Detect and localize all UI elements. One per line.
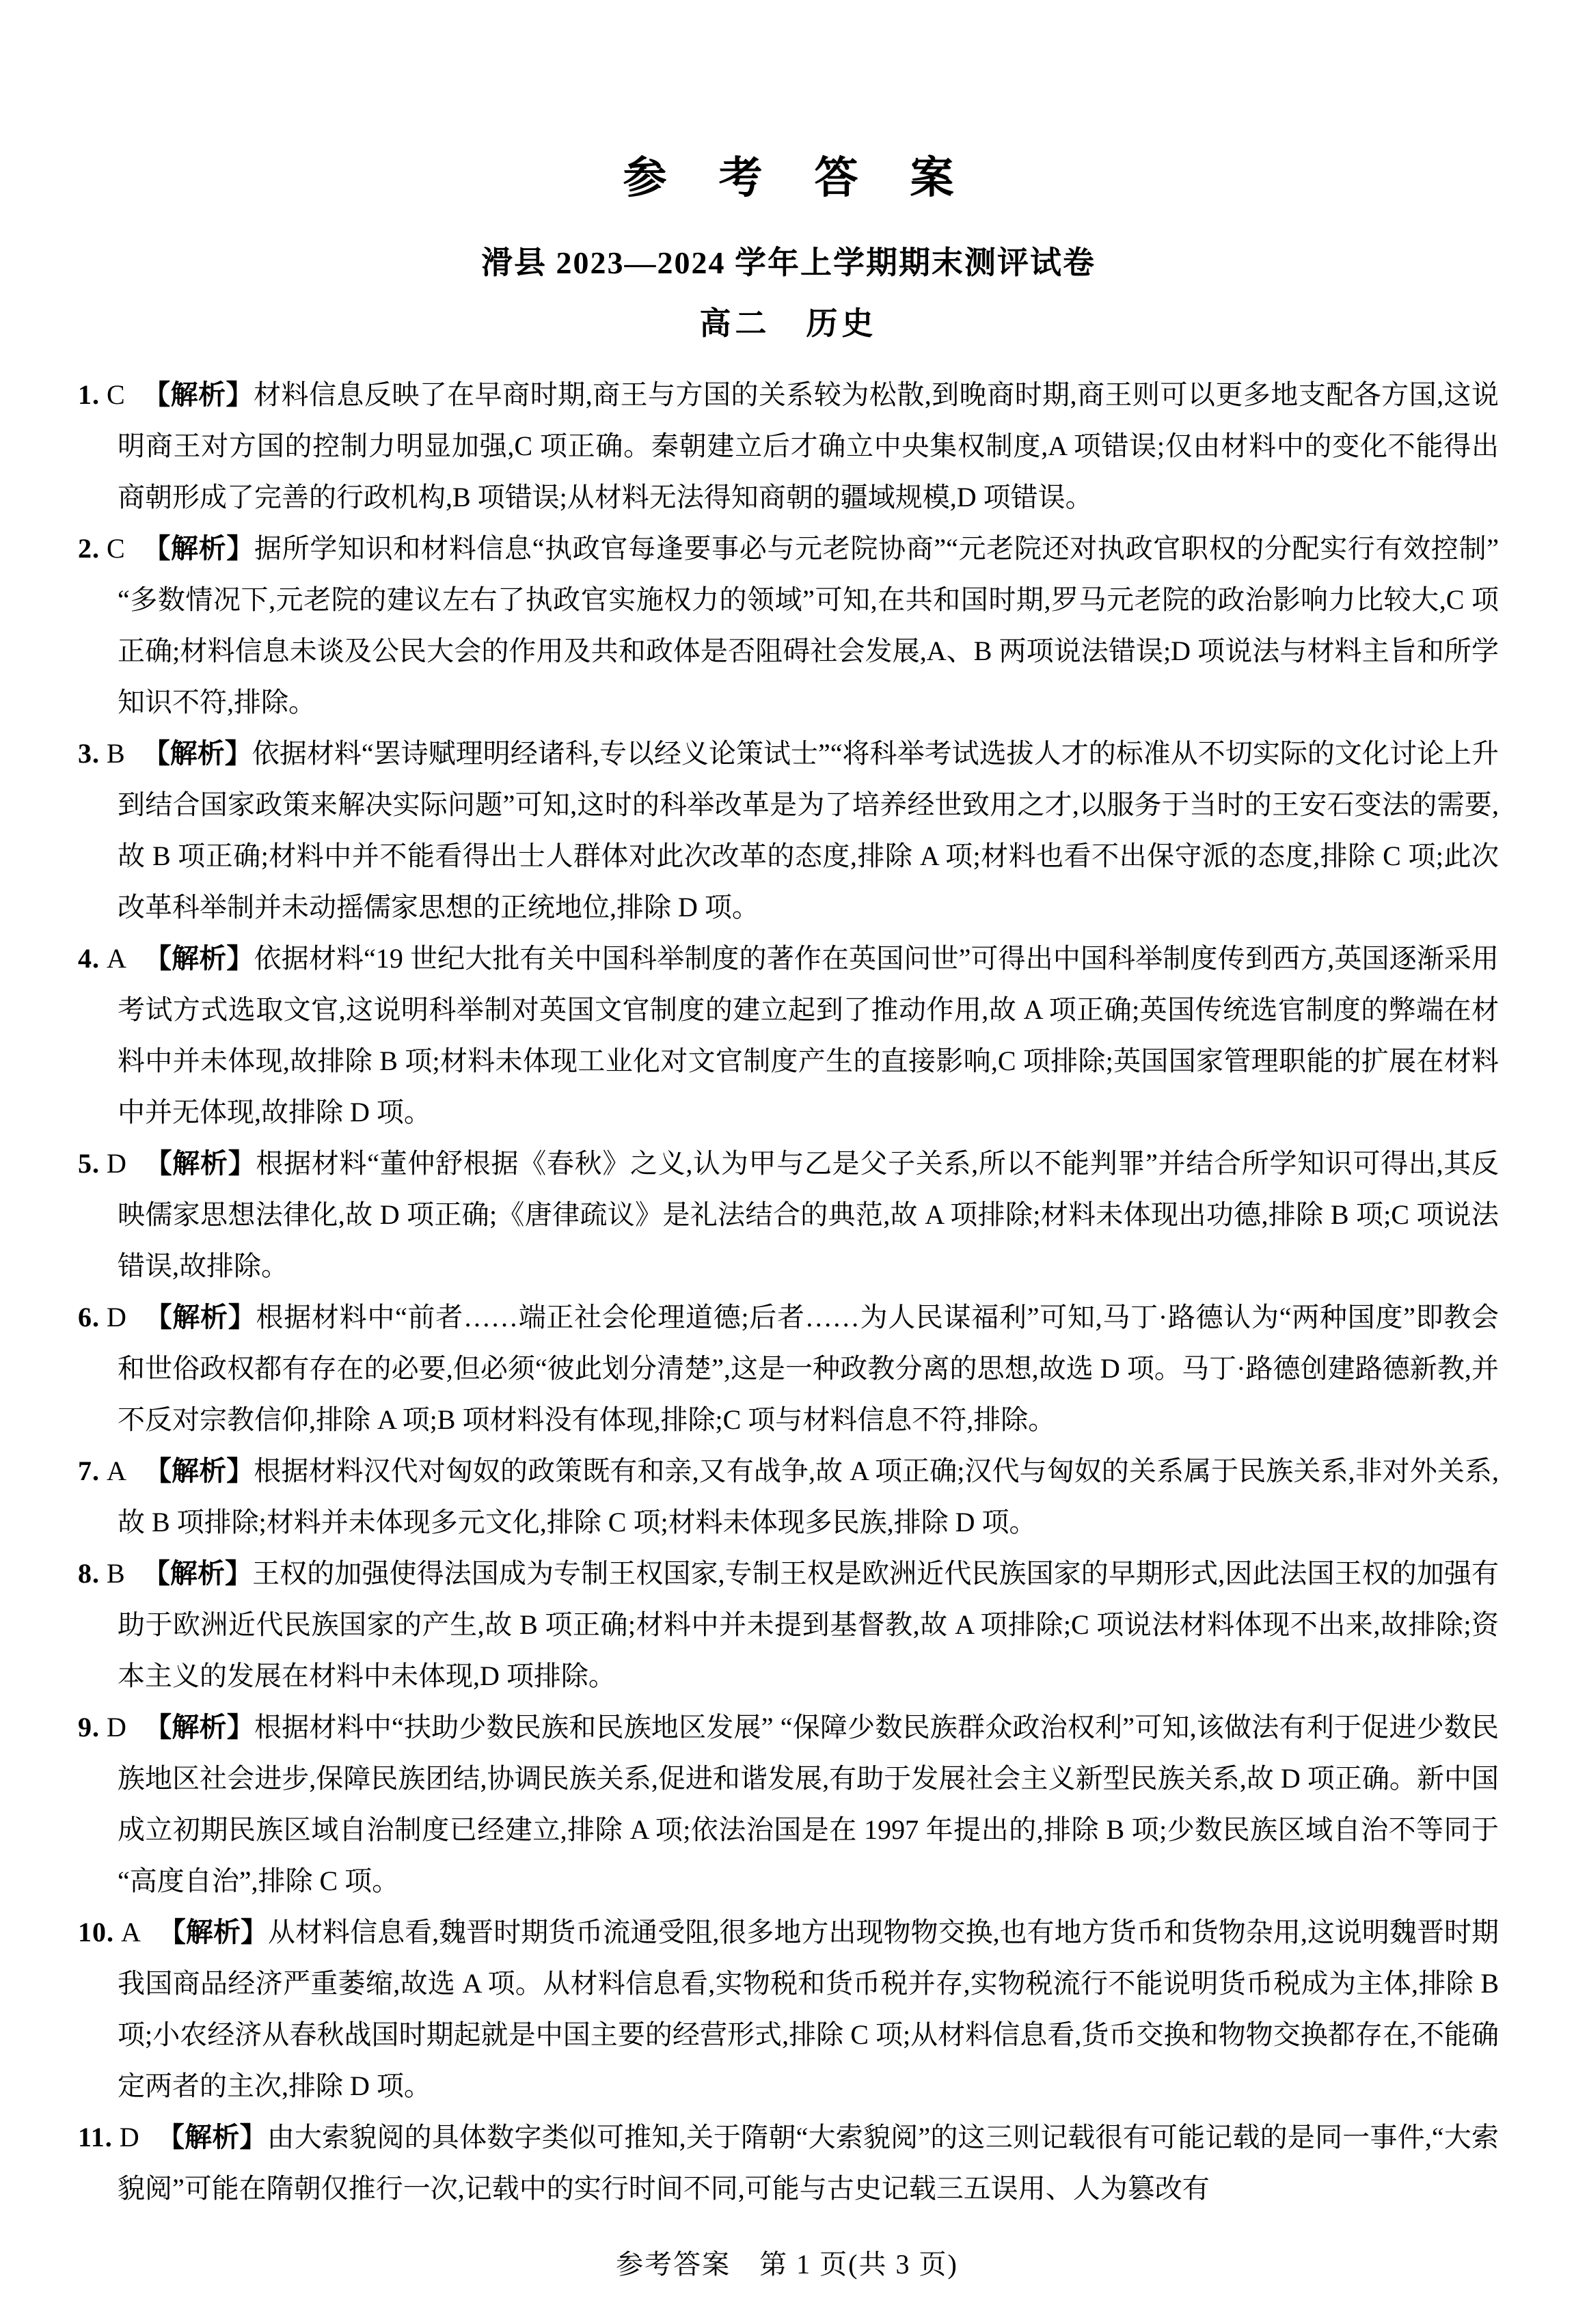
- analysis-text: 材料信息反映了在早商时期,商王与方国的关系较为松散,到晚商时期,商王则可以更多地…: [118, 379, 1499, 512]
- analysis-text: 根据材料“董仲舒根据《春秋》之义,认为甲与乙是父子关系,所以不能判罪”并结合所学…: [118, 1148, 1499, 1281]
- analysis-label: 【解析】: [143, 379, 254, 410]
- exam-subtitle: 滑县 2023—2024 学年上学期期末测评试卷: [78, 246, 1499, 281]
- analysis-text: 依据材料“19 世纪大批有关中国科举制度的著作在英国问世”可得出中国科举制度传到…: [118, 943, 1499, 1127]
- analysis-label: 【解析】: [159, 1917, 268, 1947]
- question-number: 10.: [78, 1917, 114, 1947]
- answer-item: 4.A【解析】依据材料“19 世纪大批有关中国科举制度的著作在英国问世”可得出中…: [78, 933, 1499, 1138]
- analysis-label: 【解析】: [143, 533, 254, 564]
- analysis-label: 【解析】: [144, 1148, 256, 1179]
- answer-choice: B: [107, 738, 125, 769]
- answer-choice: C: [107, 533, 125, 564]
- answer-choice: D: [107, 1302, 126, 1332]
- question-number: 11.: [78, 2122, 113, 2152]
- grade-subject-heading: 高二 历史: [78, 307, 1499, 342]
- analysis-text: 根据材料汉代对匈奴的政策既有和亲,又有战争,故 A 项正确;汉代与匈奴的关系属于…: [118, 1455, 1499, 1537]
- answer-item: 10.A【解析】从材料信息看,魏晋时期货币流通受阻,很多地方出现物物交换,也有地…: [78, 1906, 1499, 2111]
- analysis-label: 【解析】: [144, 1712, 254, 1742]
- question-number: 9.: [78, 1712, 100, 1742]
- analysis-text: 由大索貌阅的具体数字类似可推知,关于隋朝“大索貌阅”的这三则记载很有可能记载的是…: [118, 2122, 1499, 2204]
- answer-item: 6.D【解析】根据材料中“前者……端正社会伦理道德;后者……为人民谋福利”可知,…: [78, 1291, 1499, 1445]
- analysis-text: 从材料信息看,魏晋时期货币流通受阻,很多地方出现物物交换,也有地方货币和货物杂用…: [118, 1917, 1499, 2101]
- answer-choice: D: [107, 1712, 126, 1742]
- analysis-text: 根据材料中“扶助少数民族和民族地区发展” “保障少数民族群众政治权利”可知,该做…: [118, 1712, 1499, 1896]
- answer-choice: A: [107, 943, 126, 974]
- answer-choice: D: [120, 2122, 139, 2152]
- answer-item: 2.C【解析】据所学知识和材料信息“执政官每逢要事必与元老院协商”“元老院还对执…: [78, 523, 1499, 728]
- analysis-text: 据所学知识和材料信息“执政官每逢要事必与元老院协商”“元老院还对执政官职权的分配…: [118, 533, 1499, 717]
- analysis-text: 王权的加强使得法国成为专制王权国家,专制王权是欧洲近代民族国家的早期形式,因此法…: [118, 1558, 1499, 1691]
- analysis-label: 【解析】: [144, 1302, 256, 1332]
- question-number: 8.: [78, 1558, 100, 1589]
- question-number: 7.: [78, 1455, 100, 1486]
- answer-key-page: 参 考 答 案 滑县 2023—2024 学年上学期期末测评试卷 高二 历史 1…: [0, 0, 1574, 2324]
- answer-item: 3.B【解析】依据材料“罢诗赋理明经诸科,专以经义论策试士”“将科举考试选拔人才…: [78, 728, 1499, 933]
- analysis-label: 【解析】: [143, 738, 252, 769]
- answer-choice: B: [107, 1558, 125, 1589]
- question-number: 1.: [78, 379, 100, 410]
- answer-choice: C: [107, 379, 125, 410]
- question-number: 4.: [78, 943, 100, 974]
- answers-list: 1.C【解析】材料信息反映了在早商时期,商王与方国的关系较为松散,到晚商时期,商…: [78, 369, 1499, 2214]
- page-title: 参 考 答 案: [78, 0, 1499, 202]
- analysis-label: 【解析】: [157, 2122, 267, 2152]
- answer-item: 11.D【解析】由大索貌阅的具体数字类似可推知,关于隋朝“大索貌阅”的这三则记载…: [78, 2111, 1499, 2214]
- answer-item: 7.A【解析】根据材料汉代对匈奴的政策既有和亲,又有战争,故 A 项正确;汉代与…: [78, 1445, 1499, 1548]
- analysis-label: 【解析】: [144, 943, 254, 974]
- question-number: 5.: [78, 1148, 100, 1179]
- answer-choice: A: [121, 1917, 141, 1947]
- question-number: 3.: [78, 738, 100, 769]
- analysis-text: 根据材料中“前者……端正社会伦理道德;后者……为人民谋福利”可知,马丁·路德认为…: [118, 1302, 1499, 1435]
- page-footer: 参考答案 第 1 页(共 3 页): [0, 2243, 1574, 2282]
- analysis-label: 【解析】: [143, 1558, 252, 1589]
- analysis-label: 【解析】: [144, 1455, 254, 1486]
- page-content: 参 考 答 案 滑县 2023—2024 学年上学期期末测评试卷 高二 历史 1…: [0, 0, 1574, 2214]
- analysis-text: 依据材料“罢诗赋理明经诸科,专以经义论策试士”“将科举考试选拔人才的标准从不切实…: [118, 738, 1499, 922]
- answer-item: 5.D【解析】根据材料“董仲舒根据《春秋》之义,认为甲与乙是父子关系,所以不能判…: [78, 1138, 1499, 1291]
- answer-item: 1.C【解析】材料信息反映了在早商时期,商王与方国的关系较为松散,到晚商时期,商…: [78, 369, 1499, 523]
- answer-choice: A: [107, 1455, 126, 1486]
- question-number: 6.: [78, 1302, 100, 1332]
- question-number: 2.: [78, 533, 100, 564]
- answer-choice: D: [107, 1148, 126, 1179]
- page-header: 参 考 答 案 滑县 2023—2024 学年上学期期末测评试卷 高二 历史: [78, 0, 1499, 342]
- answer-item: 8.B【解析】王权的加强使得法国成为专制王权国家,专制王权是欧洲近代民族国家的早…: [78, 1548, 1499, 1701]
- answer-item: 9.D【解析】根据材料中“扶助少数民族和民族地区发展” “保障少数民族群众政治权…: [78, 1701, 1499, 1906]
